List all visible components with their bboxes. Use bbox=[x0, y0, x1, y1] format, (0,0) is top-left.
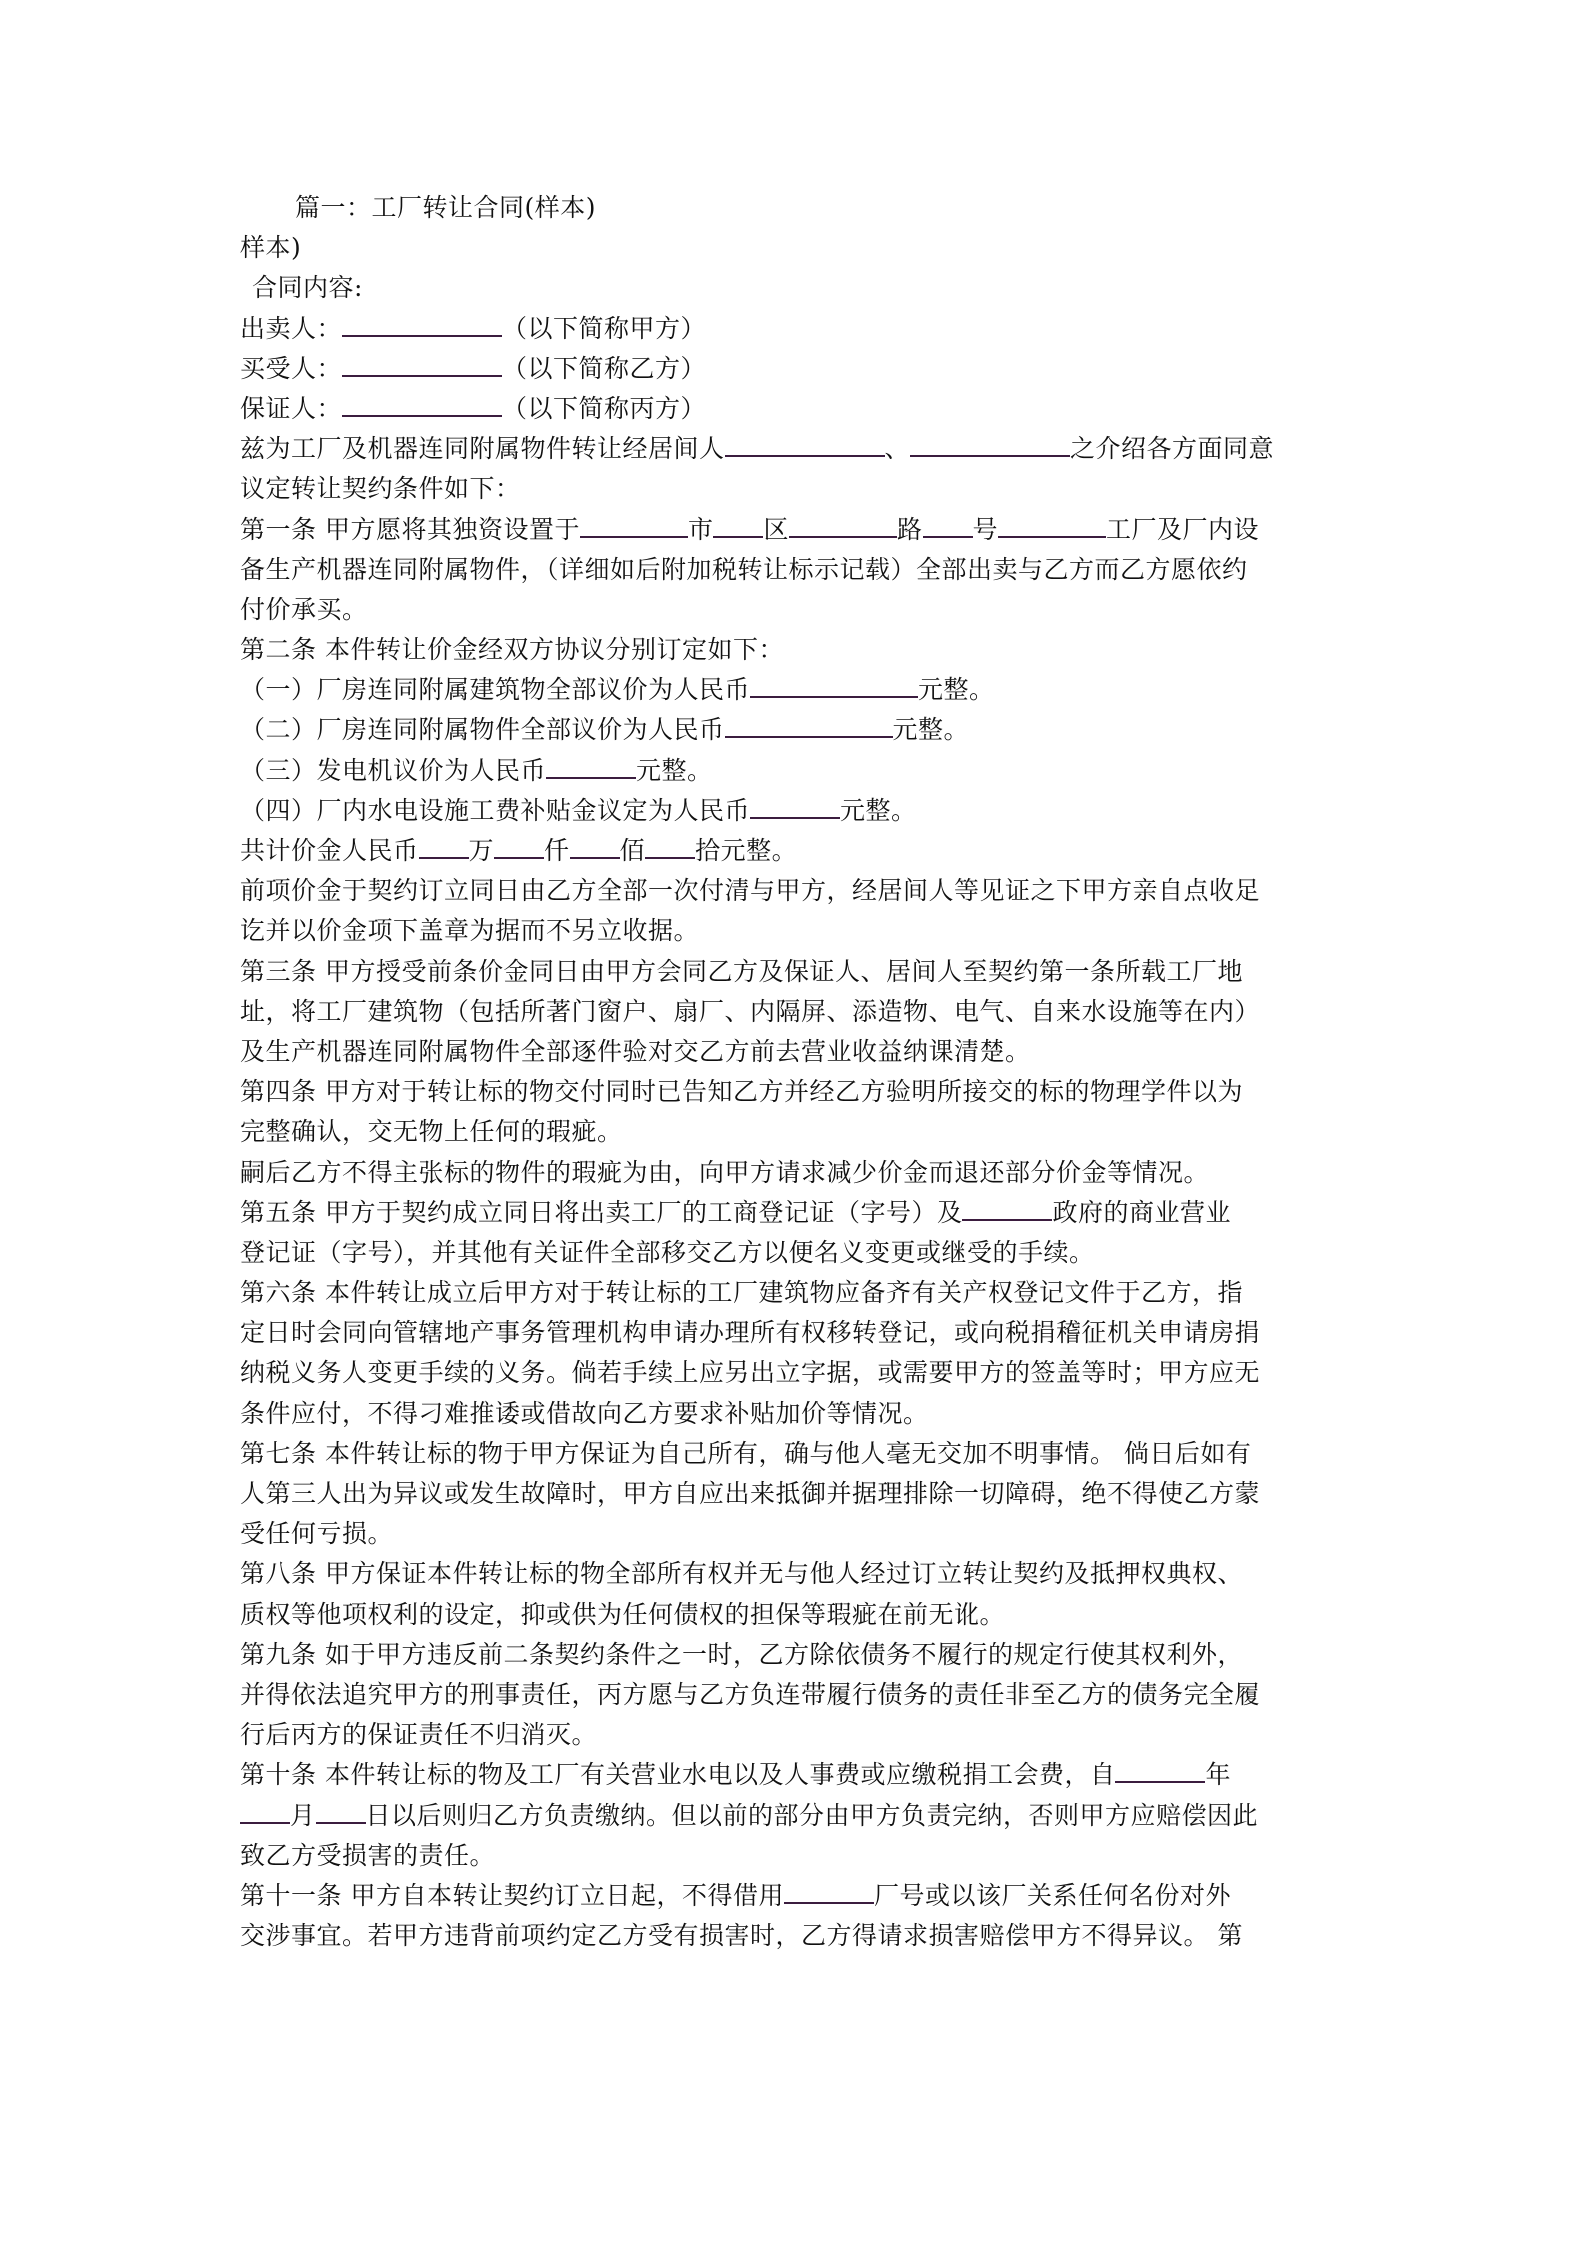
article-2-payment-1: 前项价金于契约订立同日由乙方全部一次付清与甲方，经居间人等见证之下甲方亲自点收足 bbox=[240, 871, 1355, 911]
article-2-item-1: （一）厂房连同附属建筑物全部议价为人民币元整。 bbox=[240, 670, 1355, 710]
guarantor-blank[interactable] bbox=[342, 393, 502, 417]
article-3-line-1: 第三条 甲方授受前条价金同日由甲方会同乙方及保证人、居间人至契约第一条所载工厂地 bbox=[240, 952, 1355, 992]
article-10-line-3: 致乙方受损害的责任。 bbox=[240, 1836, 1355, 1876]
factory-brand-blank[interactable] bbox=[784, 1880, 874, 1904]
article-2-total: 共计价金人民币万仟佰拾元整。 bbox=[240, 831, 1355, 871]
article-10-line-1: 第十条 本件转让标的物及工厂有关营业水电以及人事费或应缴税捐工会费，自年 bbox=[240, 1755, 1355, 1795]
article-10-line-2: 月日以后则归乙方负责缴纳。但以前的部分由甲方负责完纳，否则甲方应赔偿因此 bbox=[240, 1796, 1355, 1836]
total-bai-blank[interactable] bbox=[570, 835, 620, 859]
factory-name-blank[interactable] bbox=[998, 514, 1106, 538]
price-fixtures-blank[interactable] bbox=[725, 714, 893, 738]
article-2-heading: 第二条 本件转让价金经双方协议分别订定如下： bbox=[240, 630, 1355, 670]
article-11-line-1: 第十一条 甲方自本转让契约订立日起，不得借用厂号或以该厂关系任何名份对外 bbox=[240, 1876, 1355, 1916]
article-5-line-1: 第五条 甲方于契约成立同日将出卖工厂的工商登记证（字号）及政府的商业营业 bbox=[240, 1193, 1355, 1233]
article-6-line-1: 第六条 本件转让成立后甲方对于转让标的工厂建筑物应备齐有关产权登记文件于乙方，指 bbox=[240, 1273, 1355, 1313]
broker-1-blank[interactable] bbox=[725, 433, 885, 457]
price-utilities-blank[interactable] bbox=[750, 795, 840, 819]
article-6-line-3: 纳税义务人变更手续的义务。倘若手续上应另出立字据，或需要甲方的签盖等时；甲方应无 bbox=[240, 1353, 1355, 1393]
article-5-line-2: 登记证（字号），并其他有关证件全部移交乙方以便名义变更或继受的手续。 bbox=[240, 1233, 1355, 1273]
price-buildings-blank[interactable] bbox=[750, 674, 918, 698]
article-3-line-3: 及生产机器连同附属物件全部逐件验对交乙方前去营业收益纳课清楚。 bbox=[240, 1032, 1355, 1072]
day-blank[interactable] bbox=[316, 1800, 366, 1824]
party-buyer: 买受人：（以下简称乙方） bbox=[240, 349, 1355, 389]
district-blank[interactable] bbox=[713, 514, 763, 538]
intro-line-1: 兹为工厂及机器连同附属物件转让经居间人、之介绍各方面同意 bbox=[240, 429, 1355, 469]
article-7-line-3: 受任何亏损。 bbox=[240, 1514, 1355, 1554]
seller-blank[interactable] bbox=[342, 313, 502, 337]
number-blank[interactable] bbox=[923, 514, 973, 538]
article-4-line-1: 第四条 甲方对于转让标的物交付同时已告知乙方并经乙方验明所接交的标的物理学件以为 bbox=[240, 1072, 1355, 1112]
article-6-line-2: 定日时会同向管辖地产事务管理机构申请办理所有权移转登记，或向税捐稽征机关申请房捐 bbox=[240, 1313, 1355, 1353]
buyer-blank[interactable] bbox=[342, 353, 502, 377]
article-7-line-1: 第七条 本件转让标的物于甲方保证为自己所有，确与他人毫无交加不明事情。 倘日后如… bbox=[240, 1434, 1355, 1474]
article-4-line-2: 完整确认，交无物上任何的瑕疵。 bbox=[240, 1112, 1355, 1152]
article-8-line-2: 质权等他项权利的设定，抑或供为任何债权的担保等瑕疵在前无讹。 bbox=[240, 1595, 1355, 1635]
article-2-item-2: （二）厂房连同附属物件全部议价为人民币元整。 bbox=[240, 710, 1355, 750]
article-7-line-2: 人第三人出为异议或发生故障时，甲方自应出来抵御并据理排除一切障碍，绝不得使乙方蒙 bbox=[240, 1474, 1355, 1514]
month-blank[interactable] bbox=[240, 1800, 290, 1824]
section-heading: 合同内容: bbox=[240, 268, 1355, 308]
total-qian-blank[interactable] bbox=[494, 835, 544, 859]
party-guarantor: 保证人：（以下简称丙方） bbox=[240, 389, 1355, 429]
total-shi-blank[interactable] bbox=[645, 835, 695, 859]
road-blank[interactable] bbox=[789, 514, 897, 538]
price-generator-blank[interactable] bbox=[546, 755, 636, 779]
article-2-item-4: （四）厂内水电设施工费补贴金议定为人民币元整。 bbox=[240, 791, 1355, 831]
article-1-line-3: 付价承买。 bbox=[240, 590, 1355, 630]
article-11-line-2: 交涉事宜。若甲方违背前项约定乙方受有损害时，乙方得请求损害赔偿甲方不得异议。 第 bbox=[240, 1916, 1355, 1956]
article-1-line-2: 备生产机器连同附属物件，（详细如后附加税转让标示记载）全部出卖与乙方而乙方愿依约 bbox=[240, 550, 1355, 590]
article-6-line-4: 条件应付，不得刁难推诿或借故向乙方要求补贴加价等情况。 bbox=[240, 1394, 1355, 1434]
year-blank[interactable] bbox=[1115, 1759, 1205, 1783]
article-4-line-3: 嗣后乙方不得主张标的物件的瑕疵为由，向甲方请求减少价金而退还部分价金等情况。 bbox=[240, 1153, 1355, 1193]
title-continuation: 样本) bbox=[240, 228, 1355, 268]
party-seller: 出卖人：（以下简称甲方） bbox=[240, 309, 1355, 349]
broker-2-blank[interactable] bbox=[910, 433, 1070, 457]
article-2-item-3: （三）发电机议价为人民币元整。 bbox=[240, 751, 1355, 791]
article-9-line-3: 行后丙方的保证责任不归消灭。 bbox=[240, 1715, 1355, 1755]
city-blank[interactable] bbox=[580, 514, 688, 538]
total-wan-blank[interactable] bbox=[419, 835, 469, 859]
contract-page: 篇一：工厂转让合同(样本) 样本) 合同内容: 出卖人：（以下简称甲方） 买受人… bbox=[240, 188, 1355, 1956]
intro-line-2: 议定转让契约条件如下： bbox=[240, 469, 1355, 509]
article-9-line-1: 第九条 如于甲方违反前二条契约条件之一时，乙方除依债务不履行的规定行使其权利外， bbox=[240, 1635, 1355, 1675]
document-title: 篇一：工厂转让合同(样本) bbox=[240, 188, 1355, 228]
article-8-line-1: 第八条 甲方保证本件转让标的物全部所有权并无与他人经过订立转让契约及抵押权典权、 bbox=[240, 1554, 1355, 1594]
article-9-line-2: 并得依法追究甲方的刑事责任，丙方愿与乙方负连带履行债务的责任非至乙方的债务完全履 bbox=[240, 1675, 1355, 1715]
article-1-line-1: 第一条 甲方愿将其独资设置于市区路号工厂及厂内设 bbox=[240, 510, 1355, 550]
government-blank[interactable] bbox=[962, 1197, 1052, 1221]
article-3-line-2: 址，将工厂建筑物（包括所著门窗户、扇厂、内隔屏、添造物、电气、自来水设施等在内） bbox=[240, 992, 1355, 1032]
article-2-payment-2: 讫并以价金项下盖章为据而不另立收据。 bbox=[240, 911, 1355, 951]
